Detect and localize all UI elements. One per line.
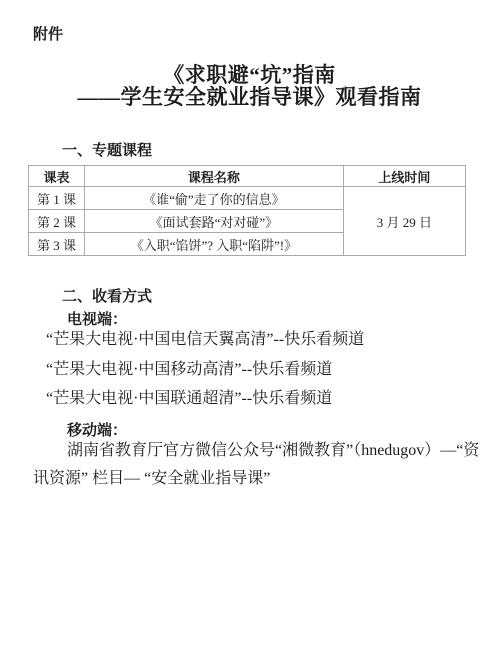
mobile-paragraph-line-1: 湖南省教育厅官方微信公众号“湘微教育”（hnedugov）—“资 [33, 437, 469, 465]
course-no-cell: 第 1 课 [29, 187, 85, 210]
doc-title: 《求职避“坑”指南 ——学生安全就业指导课》观看指南 [30, 64, 469, 108]
tv-channel-line: “芒果大电视·中国联通超清”--快乐看频道 [46, 384, 364, 414]
doc-title-line-2: ——学生安全就业指导课》观看指南 [30, 86, 469, 108]
table-header-row: 课表 课程名称 上线时间 [29, 166, 466, 187]
course-no-cell: 第 3 课 [29, 233, 85, 256]
section-2-heading: 二、收看方式 [62, 285, 152, 306]
document-page: 附件 《求职避“坑”指南 ——学生安全就业指导课》观看指南 一、专题课程 课表 … [0, 0, 489, 660]
header-cell-course-name: 课程名称 [85, 166, 344, 187]
launch-time-cell: 3 月 29 日 [343, 187, 465, 256]
mobile-paragraph-line-2: 讯资源” 栏目— “安全就业指导课” [33, 465, 469, 493]
course-name-cell: 《谁“偷”走了你的信息》 [85, 187, 344, 210]
table-row: 第 1 课 《谁“偷”走了你的信息》 3 月 29 日 [29, 187, 466, 210]
course-no-cell: 第 2 课 [29, 210, 85, 233]
header-cell-launch-time: 上线时间 [343, 166, 465, 187]
tv-channel-line: “芒果大电视·中国电信天翼高清”--快乐看频道 [46, 325, 364, 355]
course-name-cell: 《面试套路“对对碰”》 [85, 210, 344, 233]
course-name-cell: 《入职“馅饼”? 入职“陷阱”!》 [85, 233, 344, 256]
section-1-heading: 一、专题课程 [62, 139, 152, 160]
course-table: 课表 课程名称 上线时间 第 1 课 《谁“偷”走了你的信息》 3 月 29 日… [28, 165, 466, 256]
header-cell-course-no: 课表 [29, 166, 85, 187]
tv-channel-list: “芒果大电视·中国电信天翼高清”--快乐看频道 “芒果大电视·中国移动高清”--… [46, 325, 364, 414]
mobile-paragraph: 湖南省教育厅官方微信公众号“湘微教育”（hnedugov）—“资 讯资源” 栏目… [33, 437, 469, 493]
attachment-label: 附件 [33, 23, 63, 44]
tv-channel-line: “芒果大电视·中国移动高清”--快乐看频道 [46, 355, 364, 385]
doc-title-line-1: 《求职避“坑”指南 [30, 64, 469, 86]
